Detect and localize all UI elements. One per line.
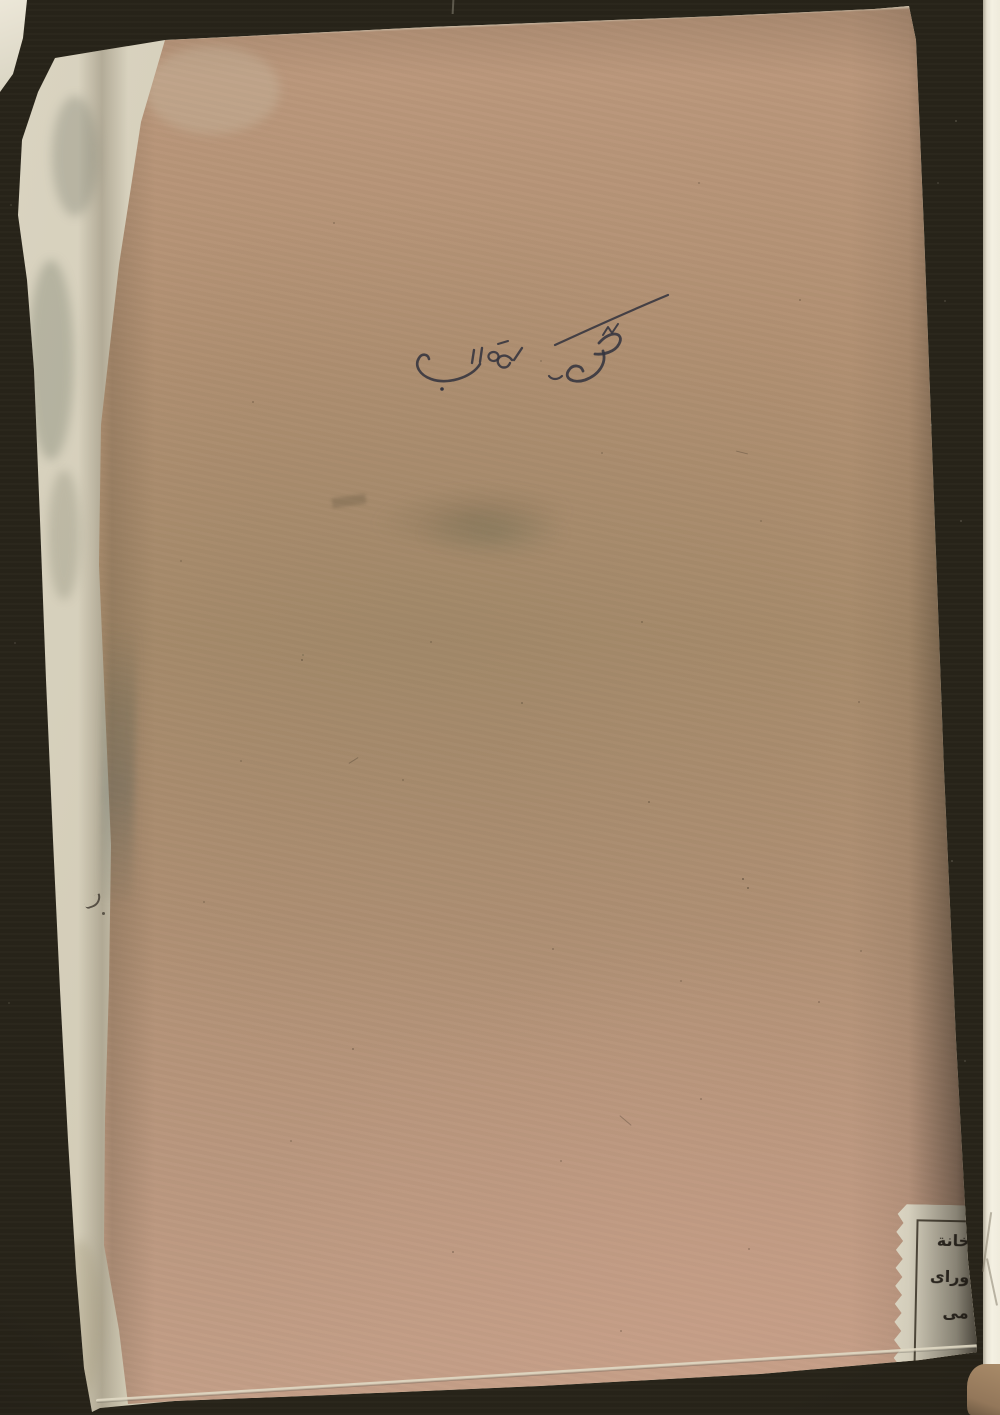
spine-cloth-blotch [48, 470, 80, 600]
handwritten-title [402, 288, 682, 403]
bottom-right-board-fragment [967, 1364, 1000, 1415]
background-dust-specks [0, 0, 2, 2]
erased-stamp-smudge [418, 505, 568, 561]
ink-dot [102, 912, 105, 915]
scan-scratch [452, 0, 455, 14]
cover-fiber [736, 451, 748, 455]
spine-cloth-blotch [28, 260, 74, 460]
faint-pencil-marks [331, 494, 366, 509]
cover-fiber [349, 757, 359, 764]
cover-right-shadow [850, 0, 980, 1415]
spine-cloth-blotch [58, 1240, 102, 1400]
spine-vertical-stain [101, 625, 138, 901]
cover-fiber [619, 1115, 631, 1125]
spine-cloth-blotch [52, 96, 98, 216]
scan-corner-page-edge [0, 0, 28, 94]
cover-pale-patch [145, 46, 280, 134]
scan-edge-strip-right [983, 0, 1000, 1415]
ink-hook-mark [83, 893, 104, 909]
scan-background: خانة وراى مى [0, 0, 1000, 1415]
manuscript-book: خانة وراى مى [0, 0, 1000, 1415]
handwritten-title-ink [402, 288, 682, 403]
